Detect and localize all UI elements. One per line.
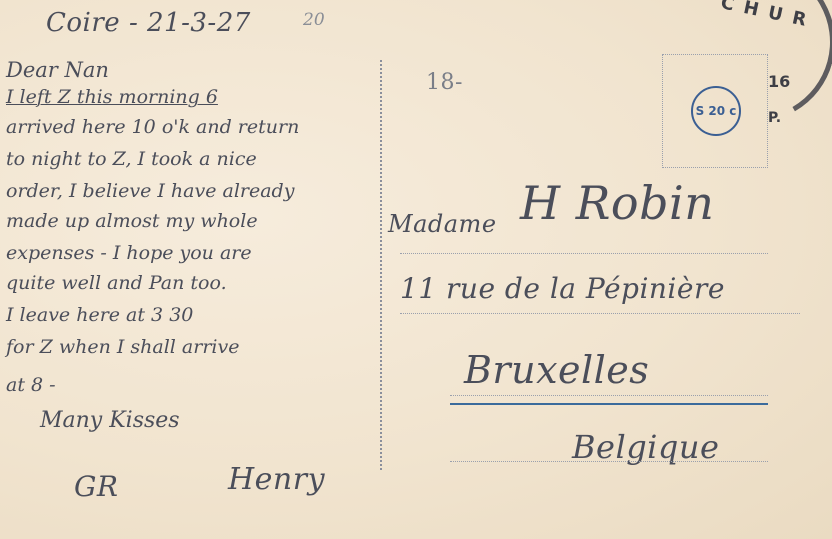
address-rule-2: [400, 313, 800, 314]
message-line: expenses - I hope you are: [6, 242, 252, 264]
closing: Many Kisses: [40, 408, 180, 433]
address-city: Bruxelles: [464, 348, 649, 392]
center-divider: [380, 60, 382, 470]
pencil-note: 18-: [426, 70, 463, 95]
message-line: to night to Z, I took a nice: [6, 148, 257, 170]
message-line: Dear Nan: [6, 58, 109, 82]
postmark-digits: 16: [768, 72, 790, 91]
message-line: quite well and Pan too.: [6, 272, 227, 294]
message-line: I left Z this morning 6: [6, 86, 218, 108]
address-title: Madame: [388, 210, 497, 238]
message-line: at 8 -: [6, 374, 56, 396]
address-blue-rule: [450, 403, 768, 405]
message-line: order, I believe I have already: [6, 180, 294, 202]
address-rule-1: [400, 253, 768, 254]
address-name: H Robin: [520, 176, 714, 230]
address-rule-4: [450, 461, 768, 462]
message-line: for Z when I shall arrive: [6, 336, 239, 358]
message-line: arrived here 10 o'k and return: [6, 116, 299, 138]
message-line: I leave here at 3 30: [6, 304, 193, 326]
address-street: 11 rue de la Pépinière: [400, 272, 725, 305]
place-date: Coire - 21-3-27: [46, 8, 251, 38]
corner-mark: 20: [303, 10, 325, 30]
postmark-suffix: P.: [768, 110, 781, 126]
message-line: made up almost my whole: [6, 210, 258, 232]
address-rule-3: [450, 395, 768, 396]
postcard: Coire - 21-3-27 20 Dear Nan I left Z thi…: [0, 0, 832, 539]
signature: Henry: [228, 462, 325, 497]
initials: GR: [74, 470, 118, 503]
